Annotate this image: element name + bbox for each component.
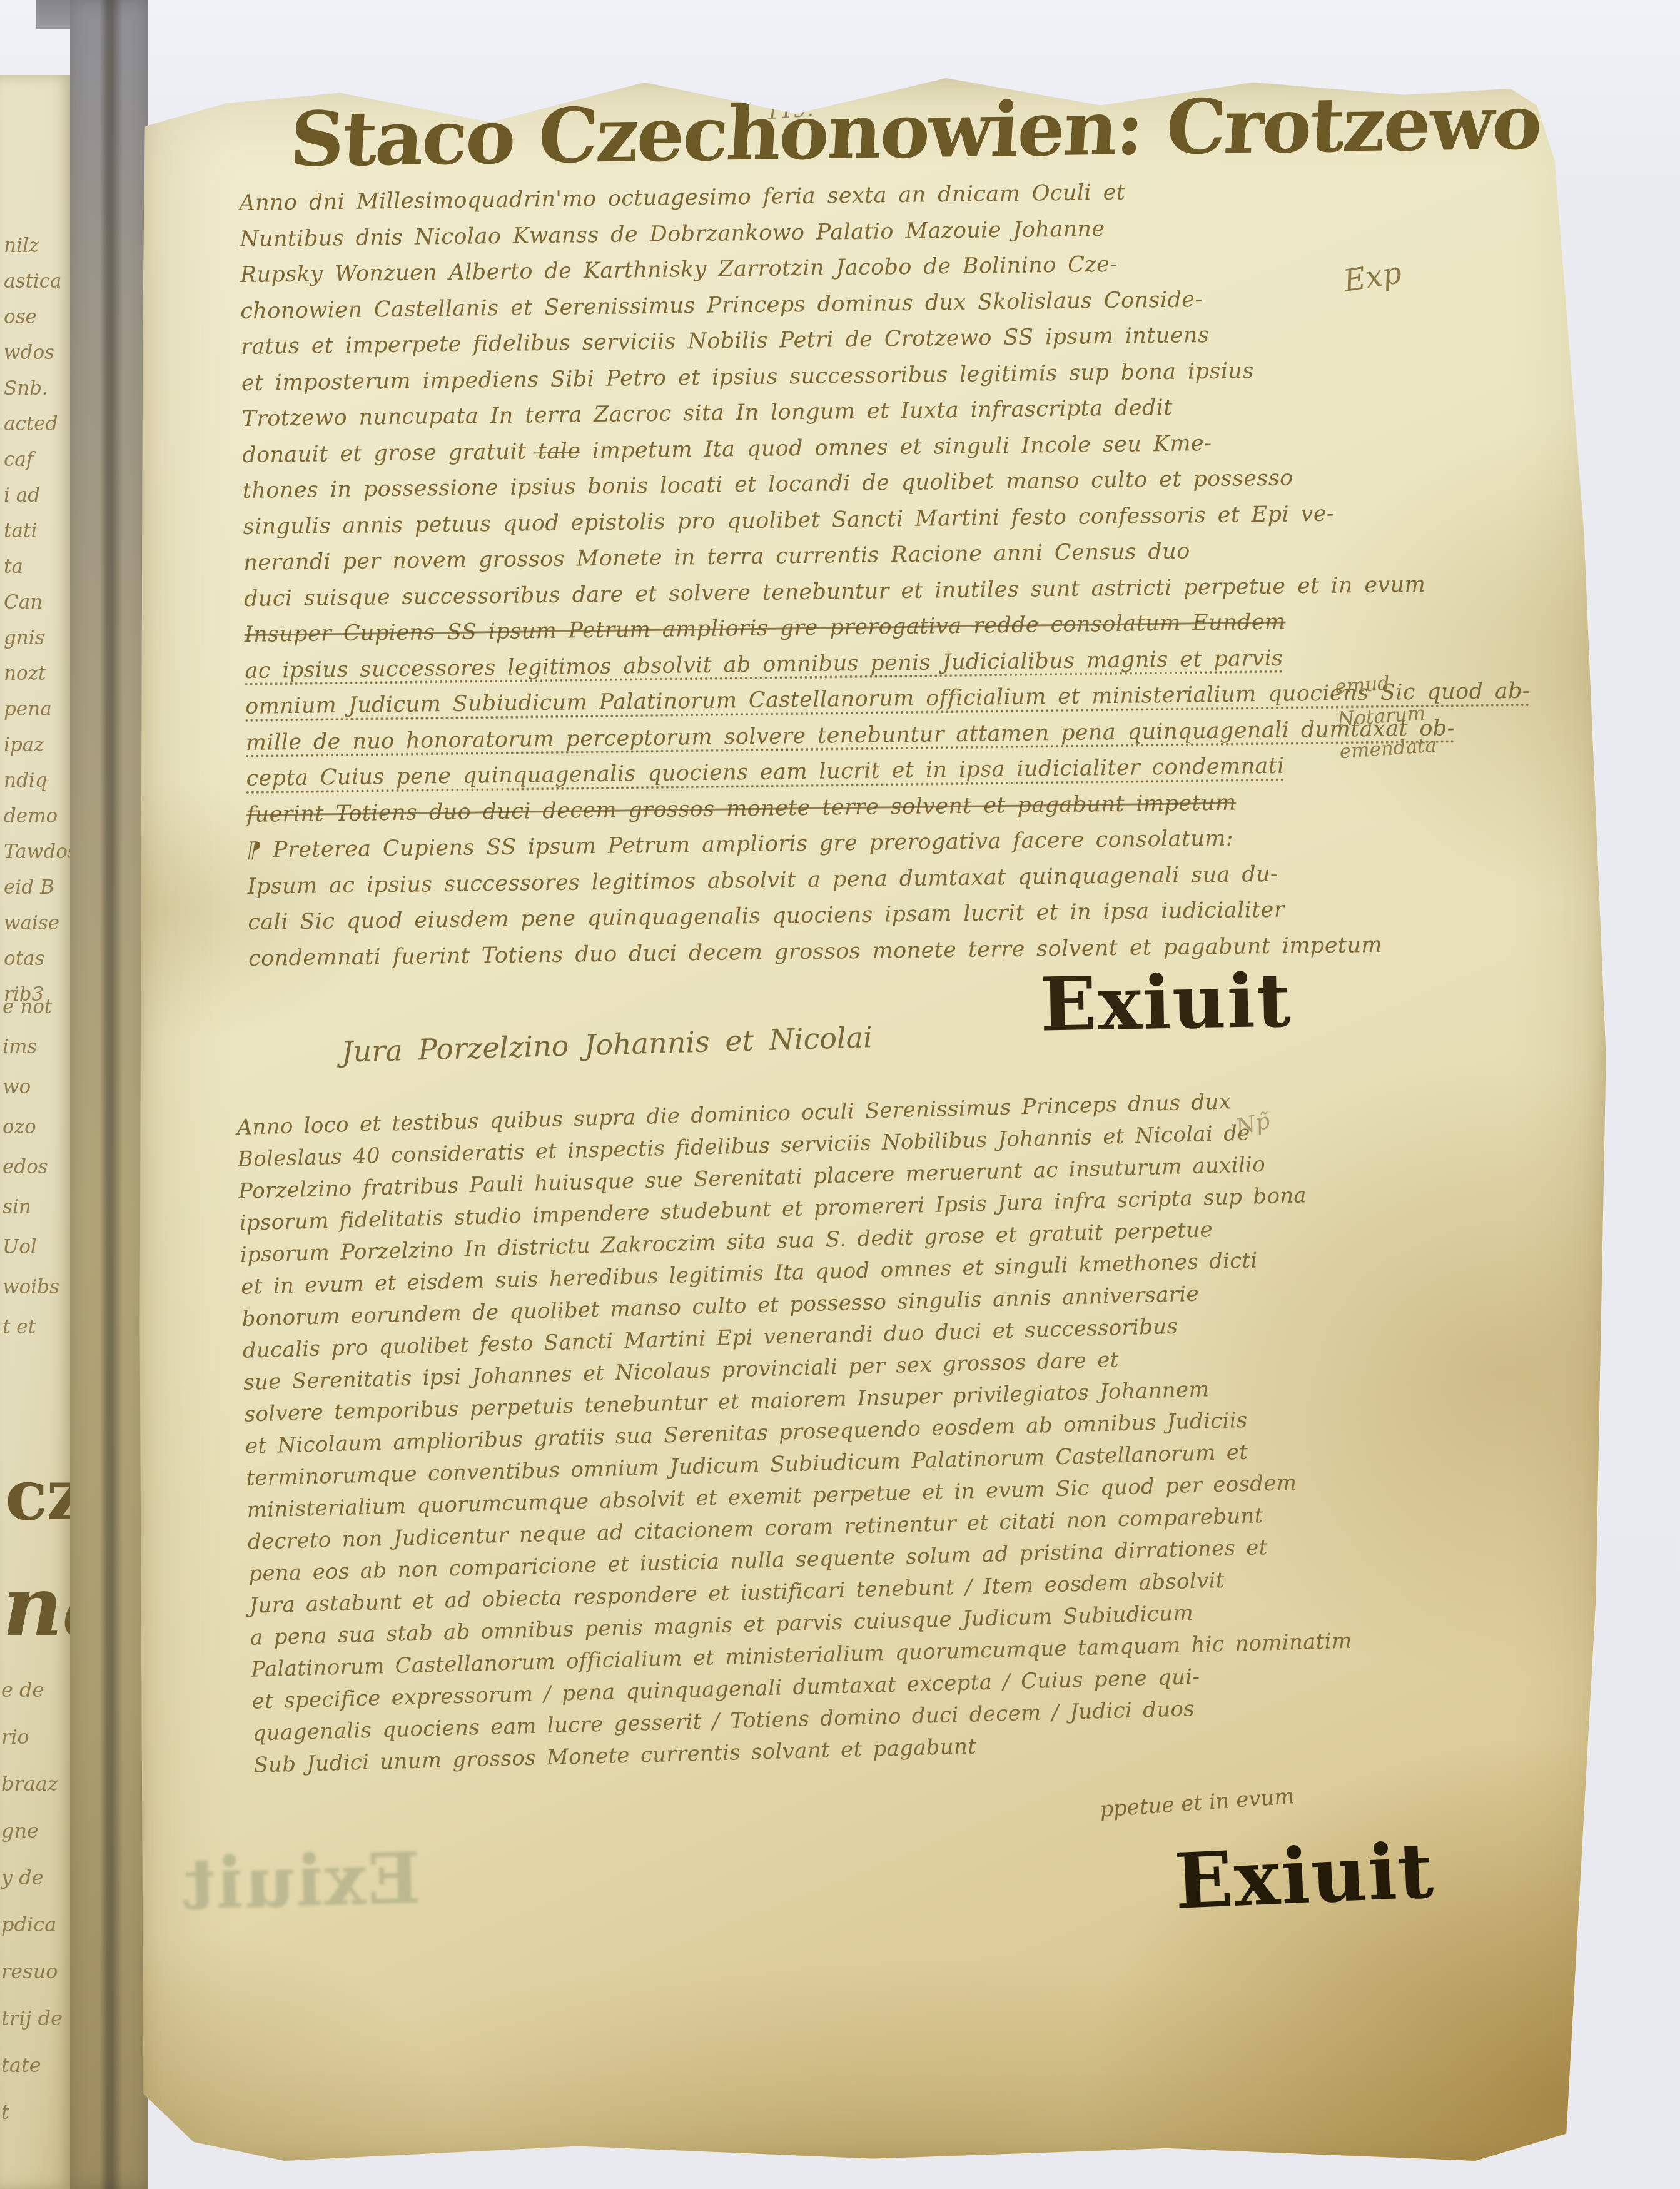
exiuit-bleedthrough-ghost: Exiuit — [180, 1838, 422, 1926]
text-fragment: t — [1, 2089, 63, 2136]
text-fragment: nilz — [4, 228, 78, 264]
text-fragment: rio — [1, 1714, 63, 1761]
text-fragment: edos — [3, 1147, 59, 1187]
text-fragment: otas — [4, 941, 78, 977]
text-fragment: trij de — [1, 1995, 63, 2042]
text-fragment: Uol — [3, 1227, 59, 1267]
facing-page-fragments-middle: e notimswoozoedossinUolwoibst et — [3, 987, 59, 1347]
text-fragment: caf — [4, 442, 78, 478]
text-fragment: nozt — [4, 656, 78, 692]
paragraph-2-tail: ppetue et in evum — [1099, 1784, 1295, 1822]
exiuit-mark-top: Exiuit — [1040, 957, 1293, 1048]
margin-correction-note: emudNotarumemendata — [1334, 664, 1438, 768]
text-fragment: ipaz — [4, 727, 78, 763]
section-subheading: Jura Porzelzino Johannis et Nicolai — [341, 1020, 873, 1069]
text-fragment: t et — [3, 1307, 59, 1347]
text-fragment: tate — [1, 2042, 63, 2089]
text-fragment: pdica — [1, 1901, 63, 1948]
text-fragment: sin — [3, 1187, 59, 1227]
text-fragment: demo — [4, 799, 78, 834]
text-fragment: ims — [3, 1027, 59, 1067]
text-fragment: eid B — [4, 870, 78, 906]
facing-page-fragments-bottom: e deriobraazgney depdicaresuotrij detate… — [1, 1667, 63, 2136]
text-fragment: ozo — [3, 1107, 59, 1147]
text-fragment: ose — [4, 300, 78, 335]
text-fragment: ta — [4, 549, 78, 585]
paragraph-2: Anno loco et testibus quibus supra die d… — [236, 1082, 1389, 1781]
text-fragment: gnis — [4, 620, 78, 656]
book-gutter — [70, 0, 148, 2189]
page-title: Staco Czechonowien: Crotzewo sua — [288, 78, 1594, 184]
text-fragment: gne — [1, 1807, 63, 1854]
margin-note-line: emendata — [1338, 729, 1438, 769]
text-fragment: waise — [4, 906, 78, 941]
text-fragment: e not — [3, 987, 59, 1027]
text-fragment: Tawdos — [4, 834, 78, 870]
manuscript-page: 119. Staco Czechonowien: Crotzewo sua An… — [138, 72, 1607, 2167]
text-fragment: astica — [4, 264, 78, 300]
text-fragment: wo — [3, 1067, 59, 1107]
text-fragment: Can — [4, 585, 78, 620]
text-fragment: i ad — [4, 478, 78, 513]
text-fragment: wdos — [4, 335, 78, 371]
text-fragment: tati — [4, 513, 78, 549]
text-fragment: y de — [1, 1854, 63, 1901]
facing-page-edge: nilzasticaosewdosSnb.actedcafi adtatitaC… — [0, 75, 74, 2189]
text-fragment: pena — [4, 692, 78, 727]
text-fragment: braaz — [1, 1761, 63, 1807]
text-fragment: acted — [4, 407, 78, 442]
manuscript-scan: nilzasticaosewdosSnb.actedcafi adtatitaC… — [0, 0, 1680, 2189]
text-fragment: e de — [1, 1667, 63, 1714]
exiuit-mark-bottom: Exiuit — [1173, 1825, 1436, 1926]
text-fragment: ndiq — [4, 763, 78, 799]
text-fragment: Snb. — [4, 371, 78, 407]
facing-page-fragments-top: nilzasticaosewdosSnb.actedcafi adtatitaC… — [4, 228, 78, 1013]
paragraph-1: Anno dni Millesimoquadrin'mo octuagesimo… — [239, 172, 1384, 977]
text-fragment: woibs — [3, 1267, 59, 1307]
text-fragment: resuo — [1, 1948, 63, 1995]
